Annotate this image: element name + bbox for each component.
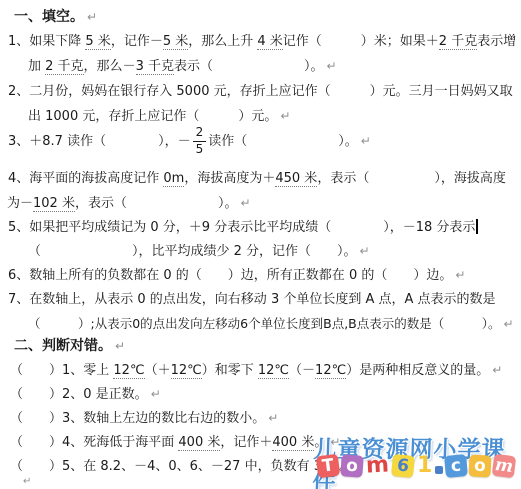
paragraph-mark-icon: ↵ bbox=[492, 363, 502, 377]
final-paragraph-mark: ↵ bbox=[20, 472, 31, 489]
text-segment: 为－ bbox=[7, 196, 33, 211]
question-5-line-1: 5、如果把平均成绩记为 0 分，＋9 分表示比平均成绩（ ），－18 分表示 bbox=[8, 219, 478, 236]
section2-heading: 二、判断对错。↵ bbox=[14, 338, 125, 355]
text-segment: ，那么－ bbox=[84, 59, 136, 74]
text-segment: 记作（ ）米；如果＋ bbox=[283, 34, 439, 49]
question-2-line-2: 出 1000 元，存折上应记作（ ）元。↵ bbox=[28, 108, 290, 125]
logo-letter-1: 1 bbox=[416, 455, 433, 477]
text-segment: ，表示（ ），海拔高度 bbox=[317, 171, 506, 186]
text-segment: ）和零下 bbox=[202, 363, 258, 378]
logo-letter-o: o bbox=[340, 454, 363, 477]
underlined-number: 2 千克 bbox=[45, 59, 83, 75]
underlined-number: 0m bbox=[163, 171, 184, 187]
underlined-number: 3 千克 bbox=[136, 59, 174, 75]
text-segment: 读作（ ）。 bbox=[208, 133, 358, 150]
judge-item-3: （ ）3、数轴上左边的数比右边的数小。↵ bbox=[10, 410, 278, 427]
paragraph-mark-icon: ↵ bbox=[115, 339, 125, 353]
underlined-number: 400 米 bbox=[178, 435, 220, 451]
text-segment: （－ bbox=[289, 363, 315, 378]
underlined-number: 400 米 bbox=[272, 435, 314, 451]
underlined-number: 2 千克 bbox=[439, 34, 477, 50]
underlined-number: 12℃ bbox=[258, 363, 289, 379]
underlined-number: 102 米 bbox=[33, 196, 75, 212]
paragraph-mark-icon: ↵ bbox=[326, 59, 336, 73]
text-segment: 1、如果下降 bbox=[8, 34, 85, 49]
paragraph-mark-icon: ↵ bbox=[240, 196, 250, 210]
judge-item-2: （ ）2、0 是正数。↵ bbox=[10, 386, 161, 403]
underlined-number: 5 米 bbox=[85, 34, 110, 50]
judge-item-4: （ ）4、死海低于海平面 400 米，记作＋400 米。↵ bbox=[10, 434, 340, 451]
logo-letter-c: c bbox=[444, 454, 468, 478]
fraction: 25 bbox=[193, 126, 207, 155]
underlined-number: 4 米 bbox=[257, 34, 282, 50]
text-segment: （ ）2、0 是正数。 bbox=[10, 387, 148, 402]
site-logo: Tom61com bbox=[317, 455, 515, 477]
paragraph-mark-icon: ↵ bbox=[361, 133, 371, 150]
text-cursor bbox=[476, 219, 478, 234]
paragraph-mark-icon: ↵ bbox=[23, 476, 31, 487]
underlined-number: 12℃ bbox=[113, 363, 144, 379]
question-5-line-2: （ ），比平均成绩少 2 分，记作（ ）。↵ bbox=[28, 243, 370, 260]
underlined-number: 5 米 bbox=[163, 34, 188, 50]
text-segment: 二、判断对错。 bbox=[14, 338, 112, 354]
text-segment: 出 1000 元，存折上应记作（ ）元。 bbox=[28, 109, 277, 124]
text-segment: （＋ bbox=[145, 363, 171, 378]
text-segment: 2、二月份，妈妈在银行存入 5000 元，存折上应记作（ ）元。三月一日妈妈又取 bbox=[8, 84, 513, 99]
text-segment: 一、填空。 bbox=[14, 9, 84, 25]
paragraph-mark-icon: ↵ bbox=[504, 317, 514, 331]
text-segment: 表示（ ）。 bbox=[174, 59, 324, 74]
text-segment: 5、如果把平均成绩记为 0 分，＋9 分表示比平均成绩（ ），－18 分表示 bbox=[8, 220, 475, 235]
text-segment: 3、＋8.7 读作（ ），－ bbox=[8, 133, 191, 150]
text-segment: 7、在数轴上，从表示 0 的点出发，向右移动 3 个单位长度到 A 点，A 点表… bbox=[8, 292, 496, 307]
text-segment: （ ）5、在 8.2、－4、0、6、－27 中，负数有 3 个。 bbox=[10, 459, 352, 474]
question-2-line-1: 2、二月份，妈妈在银行存入 5000 元，存折上应记作（ ）元。三月一日妈妈又取 bbox=[8, 83, 513, 100]
text-segment: （ ），比平均成绩少 2 分，记作（ ）。 bbox=[28, 244, 357, 259]
paragraph-mark-icon: ↵ bbox=[87, 10, 97, 24]
underlined-number: 12℃ bbox=[315, 363, 346, 379]
logo-letter-m: m bbox=[364, 454, 390, 477]
logo-letter-6: 6 bbox=[391, 454, 415, 478]
text-segment: 表示增 bbox=[477, 34, 516, 49]
text-segment: ，记作＋ bbox=[220, 435, 272, 450]
text-segment: （ ）3、数轴上左边的数比右边的数小。 bbox=[10, 411, 265, 426]
text-segment: ，海拔高度为＋ bbox=[184, 171, 275, 186]
paragraph-mark-icon: ↵ bbox=[360, 244, 370, 258]
text-segment: 加 bbox=[28, 59, 45, 74]
text-segment: （ ）;从表示0的点出发向左移动6个单位长度到B点,B点表示的数是（ ）。 bbox=[28, 316, 501, 331]
text-segment: 6、数轴上所有的负数都在 0 的（ ）边，所有正数都在 0 的（ ）边。 bbox=[8, 268, 452, 283]
question-4-line-2: 为－102 米，表示（ ）。↵ bbox=[7, 195, 251, 212]
logo-letter-m: m bbox=[492, 454, 517, 479]
question-3-line: 3、＋8.7 读作（ ），－25 读作（ ）。↵ bbox=[8, 126, 371, 156]
text-segment: （ ）1、零上 bbox=[10, 363, 113, 378]
paragraph-mark-icon: ↵ bbox=[268, 411, 278, 425]
section1-heading: 一、填空。↵ bbox=[14, 9, 97, 26]
question-7-line-1: 7、在数轴上，从表示 0 的点出发，向右移动 3 个单位长度到 A 点，A 点表… bbox=[8, 291, 496, 308]
paragraph-mark-icon: ↵ bbox=[280, 109, 290, 123]
text-segment: ，记作－ bbox=[111, 34, 163, 49]
text-segment: ，表示（ ）。 bbox=[75, 196, 238, 211]
text-segment: ，那么上升 bbox=[188, 34, 257, 49]
question-7-line-2: （ ）;从表示0的点出发向左移动6个单位长度到B点,B点表示的数是（ ）。↵ bbox=[28, 315, 514, 333]
worksheet-page: 一、填空。↵ 1、如果下降 5 米，记作－5 米，那么上升 4 米记作（ ）米；… bbox=[0, 0, 521, 489]
question-4-line-1: 4、海平面的海拔高度记作 0m，海拔高度为＋450 米，表示（ ），海拔高度 bbox=[8, 170, 506, 187]
text-segment: 4、海平面的海拔高度记作 bbox=[8, 171, 163, 186]
paragraph-mark-icon: ↵ bbox=[151, 387, 161, 401]
underlined-number: 12℃ bbox=[171, 363, 202, 379]
logo-letter-T: T bbox=[316, 454, 341, 479]
question-1-line-2: 加 2 千克，那么－3 千克表示（ ）。↵ bbox=[28, 58, 337, 75]
logo-letter-dot bbox=[435, 466, 443, 474]
underlined-number: 450 米 bbox=[275, 171, 317, 187]
text-segment: ）是两种相反意义的量。 bbox=[346, 363, 489, 378]
text-segment: （ ）4、死海低于海平面 bbox=[10, 435, 178, 450]
question-1-line-1: 1、如果下降 5 米，记作－5 米，那么上升 4 米记作（ ）米；如果＋2 千克… bbox=[8, 33, 516, 50]
question-6-line: 6、数轴上所有的负数都在 0 的（ ）边，所有正数都在 0 的（ ）边。↵ bbox=[8, 267, 465, 284]
paragraph-mark-icon: ↵ bbox=[455, 268, 465, 282]
logo-letter-o: o bbox=[469, 454, 492, 477]
judge-item-1: （ ）1、零上 12℃（＋12℃）和零下 12℃（－12℃）是两种相反意义的量。… bbox=[10, 362, 502, 379]
